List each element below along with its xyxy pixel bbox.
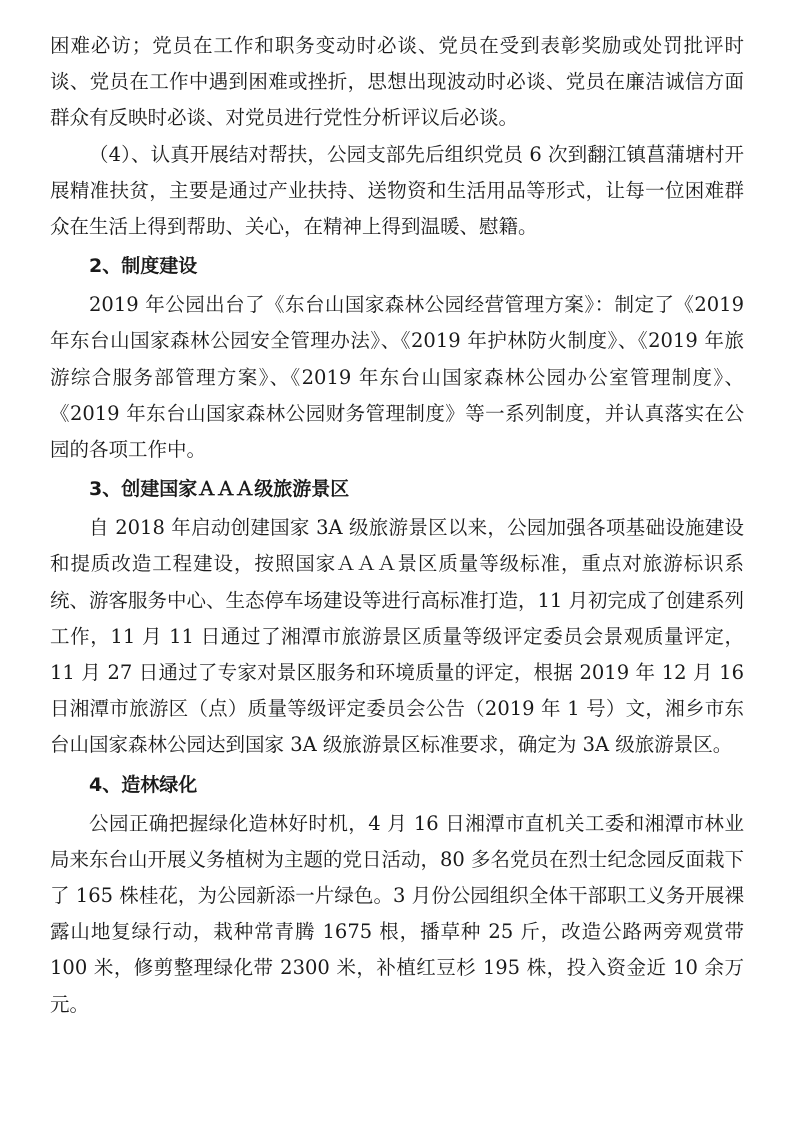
section-heading-afforestation: 4、造林绿化 (50, 766, 744, 804)
paragraph-interview-rules: 困难必访；党员在工作和职务变动时必谈、党员在受到表彰奖励或处罚批评时谈、党员在工… (50, 28, 744, 137)
paragraph-system-building: 2019 年公园出台了《东台山国家森林公园经营管理方案》：制定了《2019 年东… (50, 287, 744, 468)
paragraph-aaa-scenic-area: 自 2018 年启动创建国家 3A 级旅游景区以来，公园加强各项基础设施建设和提… (50, 510, 744, 763)
paragraph-pairing-assistance: （4）、认真开展结对帮扶，公园支部先后组织党员 6 次到翻江镇菖蒲塘村开展精准扶… (50, 137, 744, 246)
paragraph-afforestation: 公园正确把握绿化造林好时机，4 月 16 日湘潭市直机关工委和湘潭市林业局来东台… (50, 806, 744, 1023)
document-page: 困难必访；党员在工作和职务变动时必谈、党员在受到表彰奖励或处罚批评时谈、党员在工… (50, 28, 744, 1023)
section-heading-aaa-scenic-area: 3、创建国家ＡＡＡ级旅游景区 (50, 470, 744, 508)
section-heading-system-building: 2、制度建设 (50, 247, 744, 285)
